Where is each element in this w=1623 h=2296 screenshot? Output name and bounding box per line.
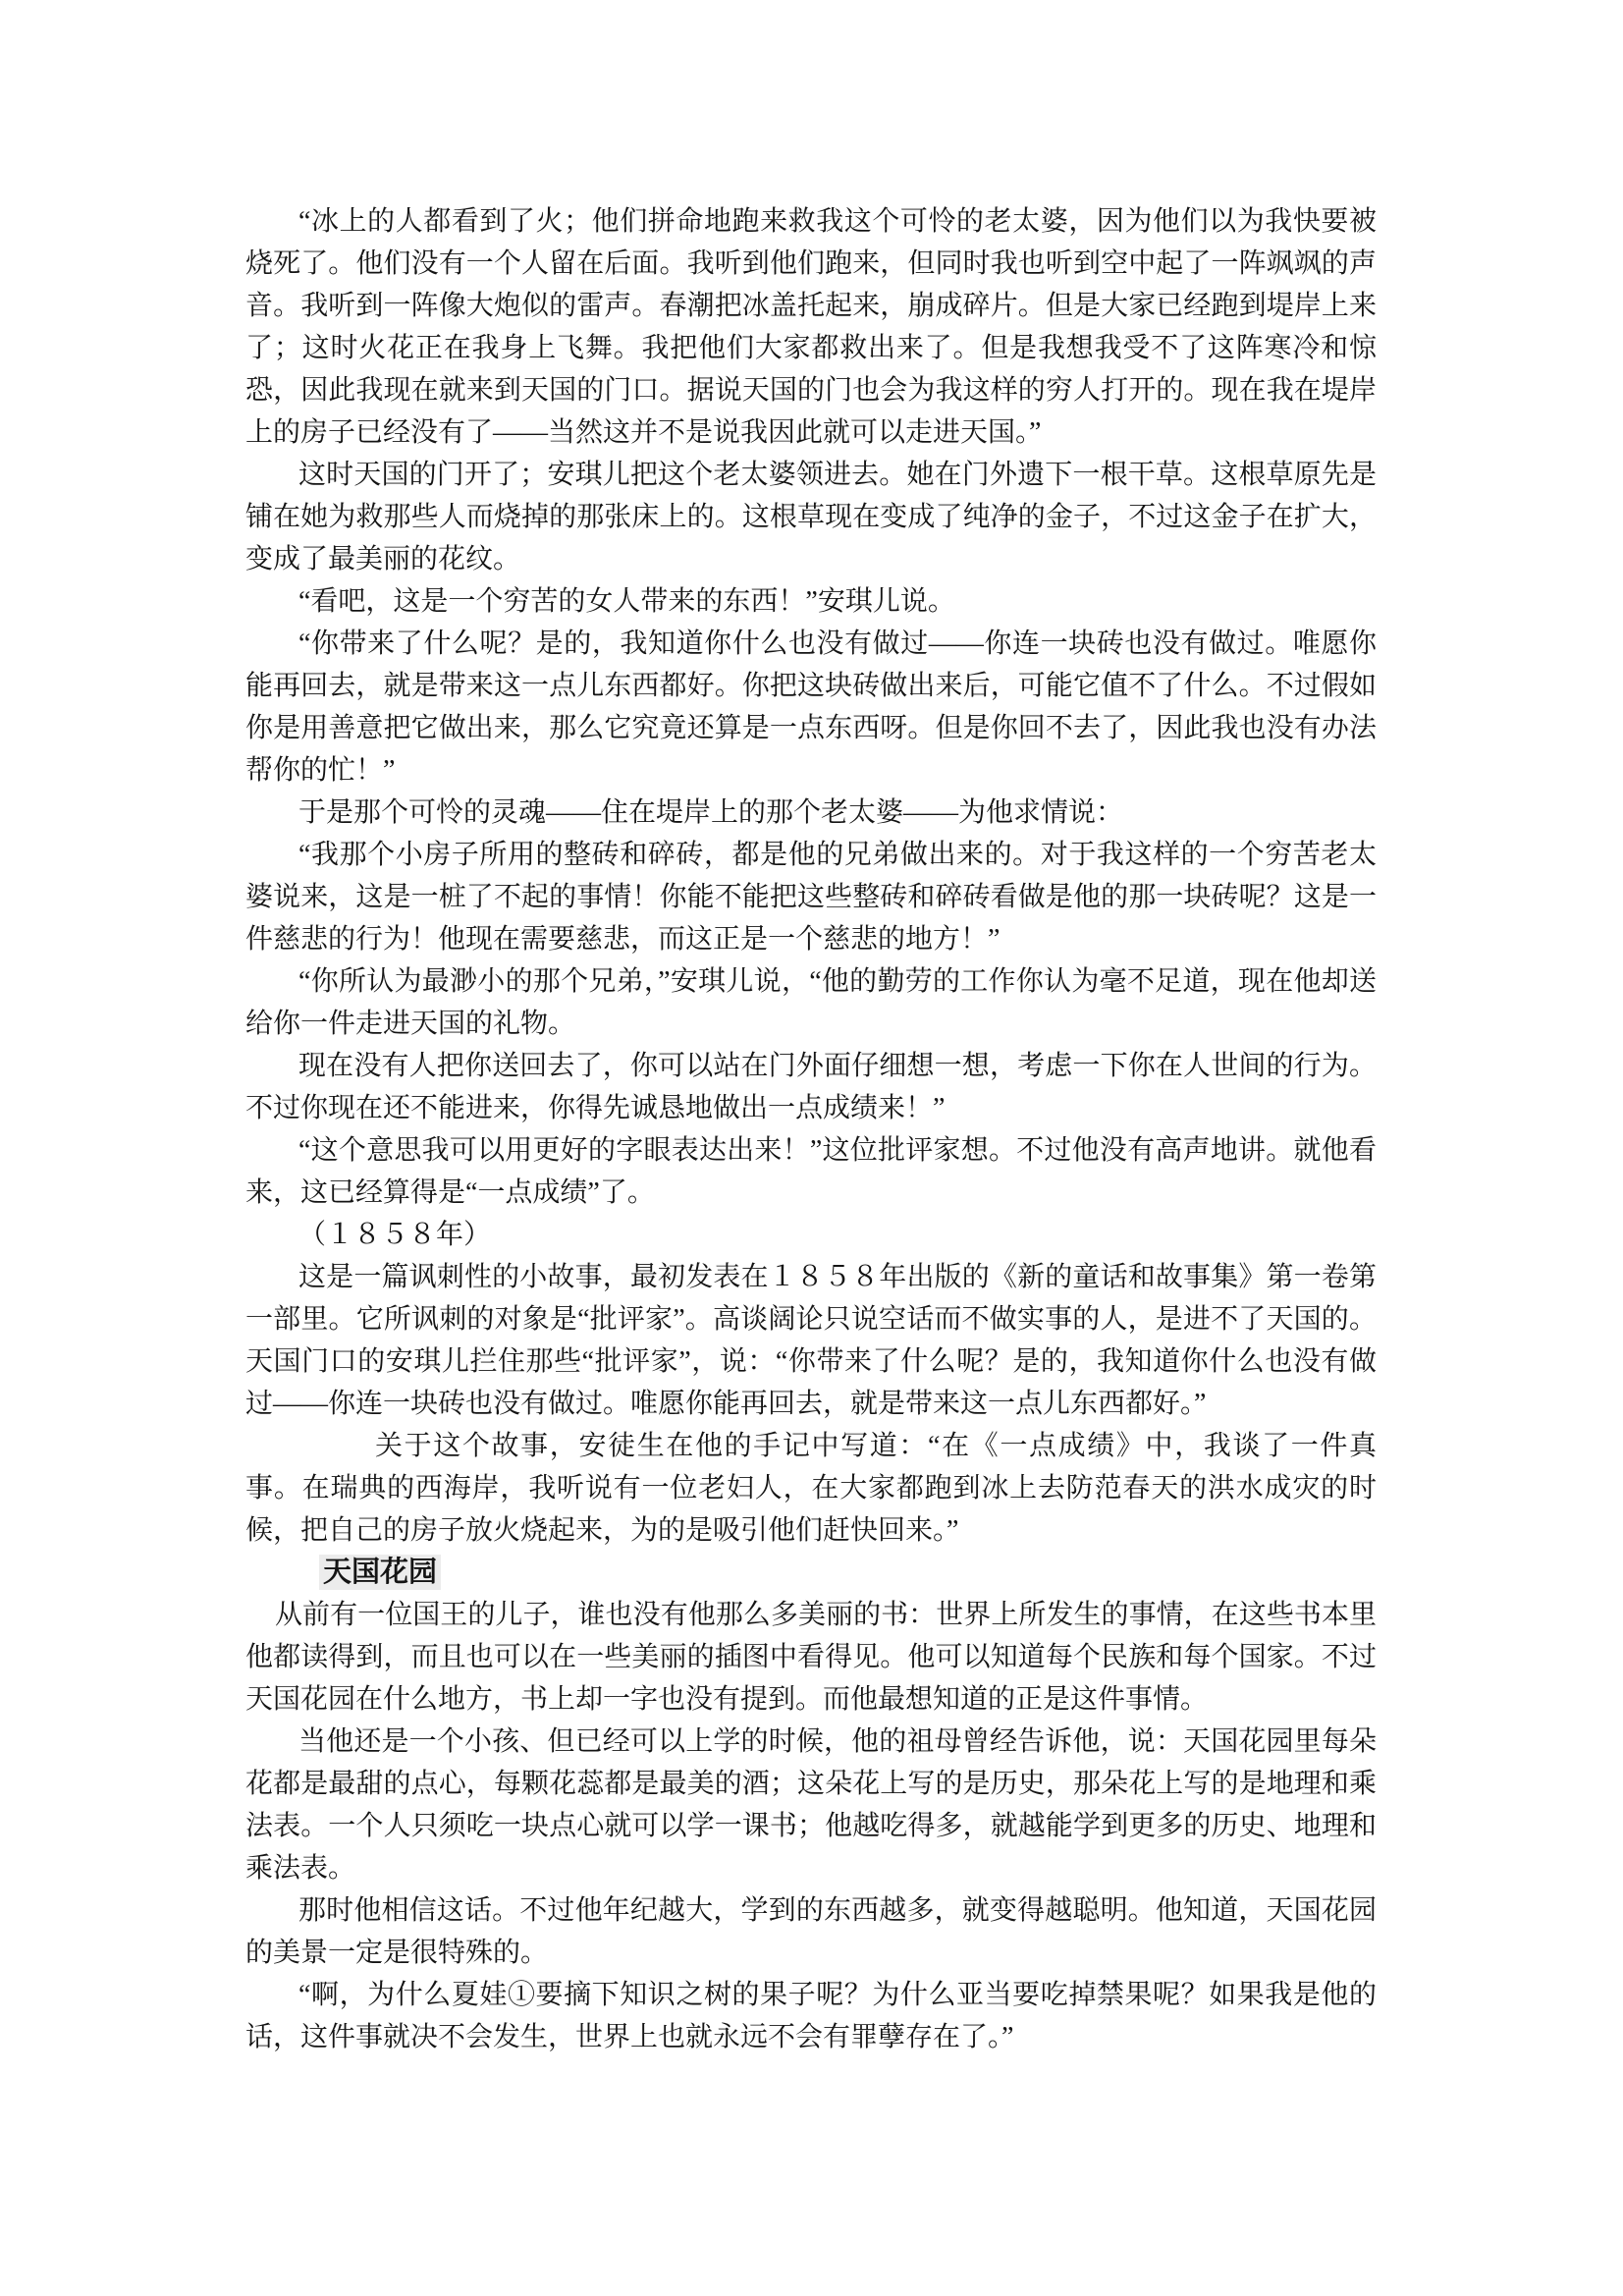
paragraph: 这时天国的门开了；安琪儿把这个老太婆领进去。她在门外遗下一根干草。这根草原先是铺… — [245, 454, 1377, 580]
paragraph: （１８５８年） — [245, 1214, 1377, 1256]
paragraph: “啊，为什么夏娃①要摘下知识之树的果子呢？为什么亚当要吃掉禁果呢？如果我是他的话… — [245, 1974, 1377, 2058]
section-heading: 天国花园 — [245, 1552, 1377, 1594]
paragraph: “你带来了什么呢？是的，我知道你什么也没有做过——你连一块砖也没有做过。唯愿你能… — [245, 623, 1377, 792]
paragraph: 当他还是一个小孩、但已经可以上学的时候，他的祖母曾经告诉他，说：天国花园里每朵花… — [245, 1721, 1377, 1889]
paragraph: “冰上的人都看到了火；他们拼命地跑来救我这个可怜的老太婆，因为他们以为我快要被烧… — [245, 200, 1377, 454]
section-heading-text: 天国花园 — [319, 1555, 441, 1590]
paragraph: 这是一篇讽刺性的小故事，最初发表在１８５８年出版的《新的童话和故事集》第一卷第一… — [245, 1256, 1377, 1425]
document-page: “冰上的人都看到了火；他们拼命地跑来救我这个可怜的老太婆，因为他们以为我快要被烧… — [0, 0, 1623, 2296]
paragraph: “你所认为最渺小的那个兄弟，”安琪儿说，“他的勤劳的工作你认为毫不足道，现在他却… — [245, 960, 1377, 1045]
paragraph: 于是那个可怜的灵魂——住在堤岸上的那个老太婆——为他求情说： — [245, 792, 1377, 834]
paragraph: “我那个小房子所用的整砖和碎砖，都是他的兄弟做出来的。对于我这样的一个穷苦老太婆… — [245, 834, 1377, 960]
paragraph: 现在没有人把你送回去了，你可以站在门外面仔细想一想，考虑一下你在人世间的行为。不… — [245, 1045, 1377, 1129]
text-block: “冰上的人都看到了火；他们拼命地跑来救我这个可怜的老太婆，因为他们以为我快要被烧… — [245, 200, 1377, 2058]
paragraph: 从前有一位国王的儿子，谁也没有他那么多美丽的书：世界上所发生的事情，在这些书本里… — [245, 1594, 1377, 1721]
paragraph: “看吧，这是一个穷苦的女人带来的东西！”安琪儿说。 — [245, 580, 1377, 623]
paragraph: 那时他相信这话。不过他年纪越大，学到的东西越多，就变得越聪明。他知道，天国花园的… — [245, 1889, 1377, 1974]
paragraph: “这个意思我可以用更好的字眼表达出来！”这位批评家想。不过他没有高声地讲。就他看… — [245, 1129, 1377, 1214]
paragraph: 关于这个故事，安徒生在他的手记中写道：“在《一点成绩》中，我谈了一件真事。在瑞典… — [245, 1425, 1377, 1552]
